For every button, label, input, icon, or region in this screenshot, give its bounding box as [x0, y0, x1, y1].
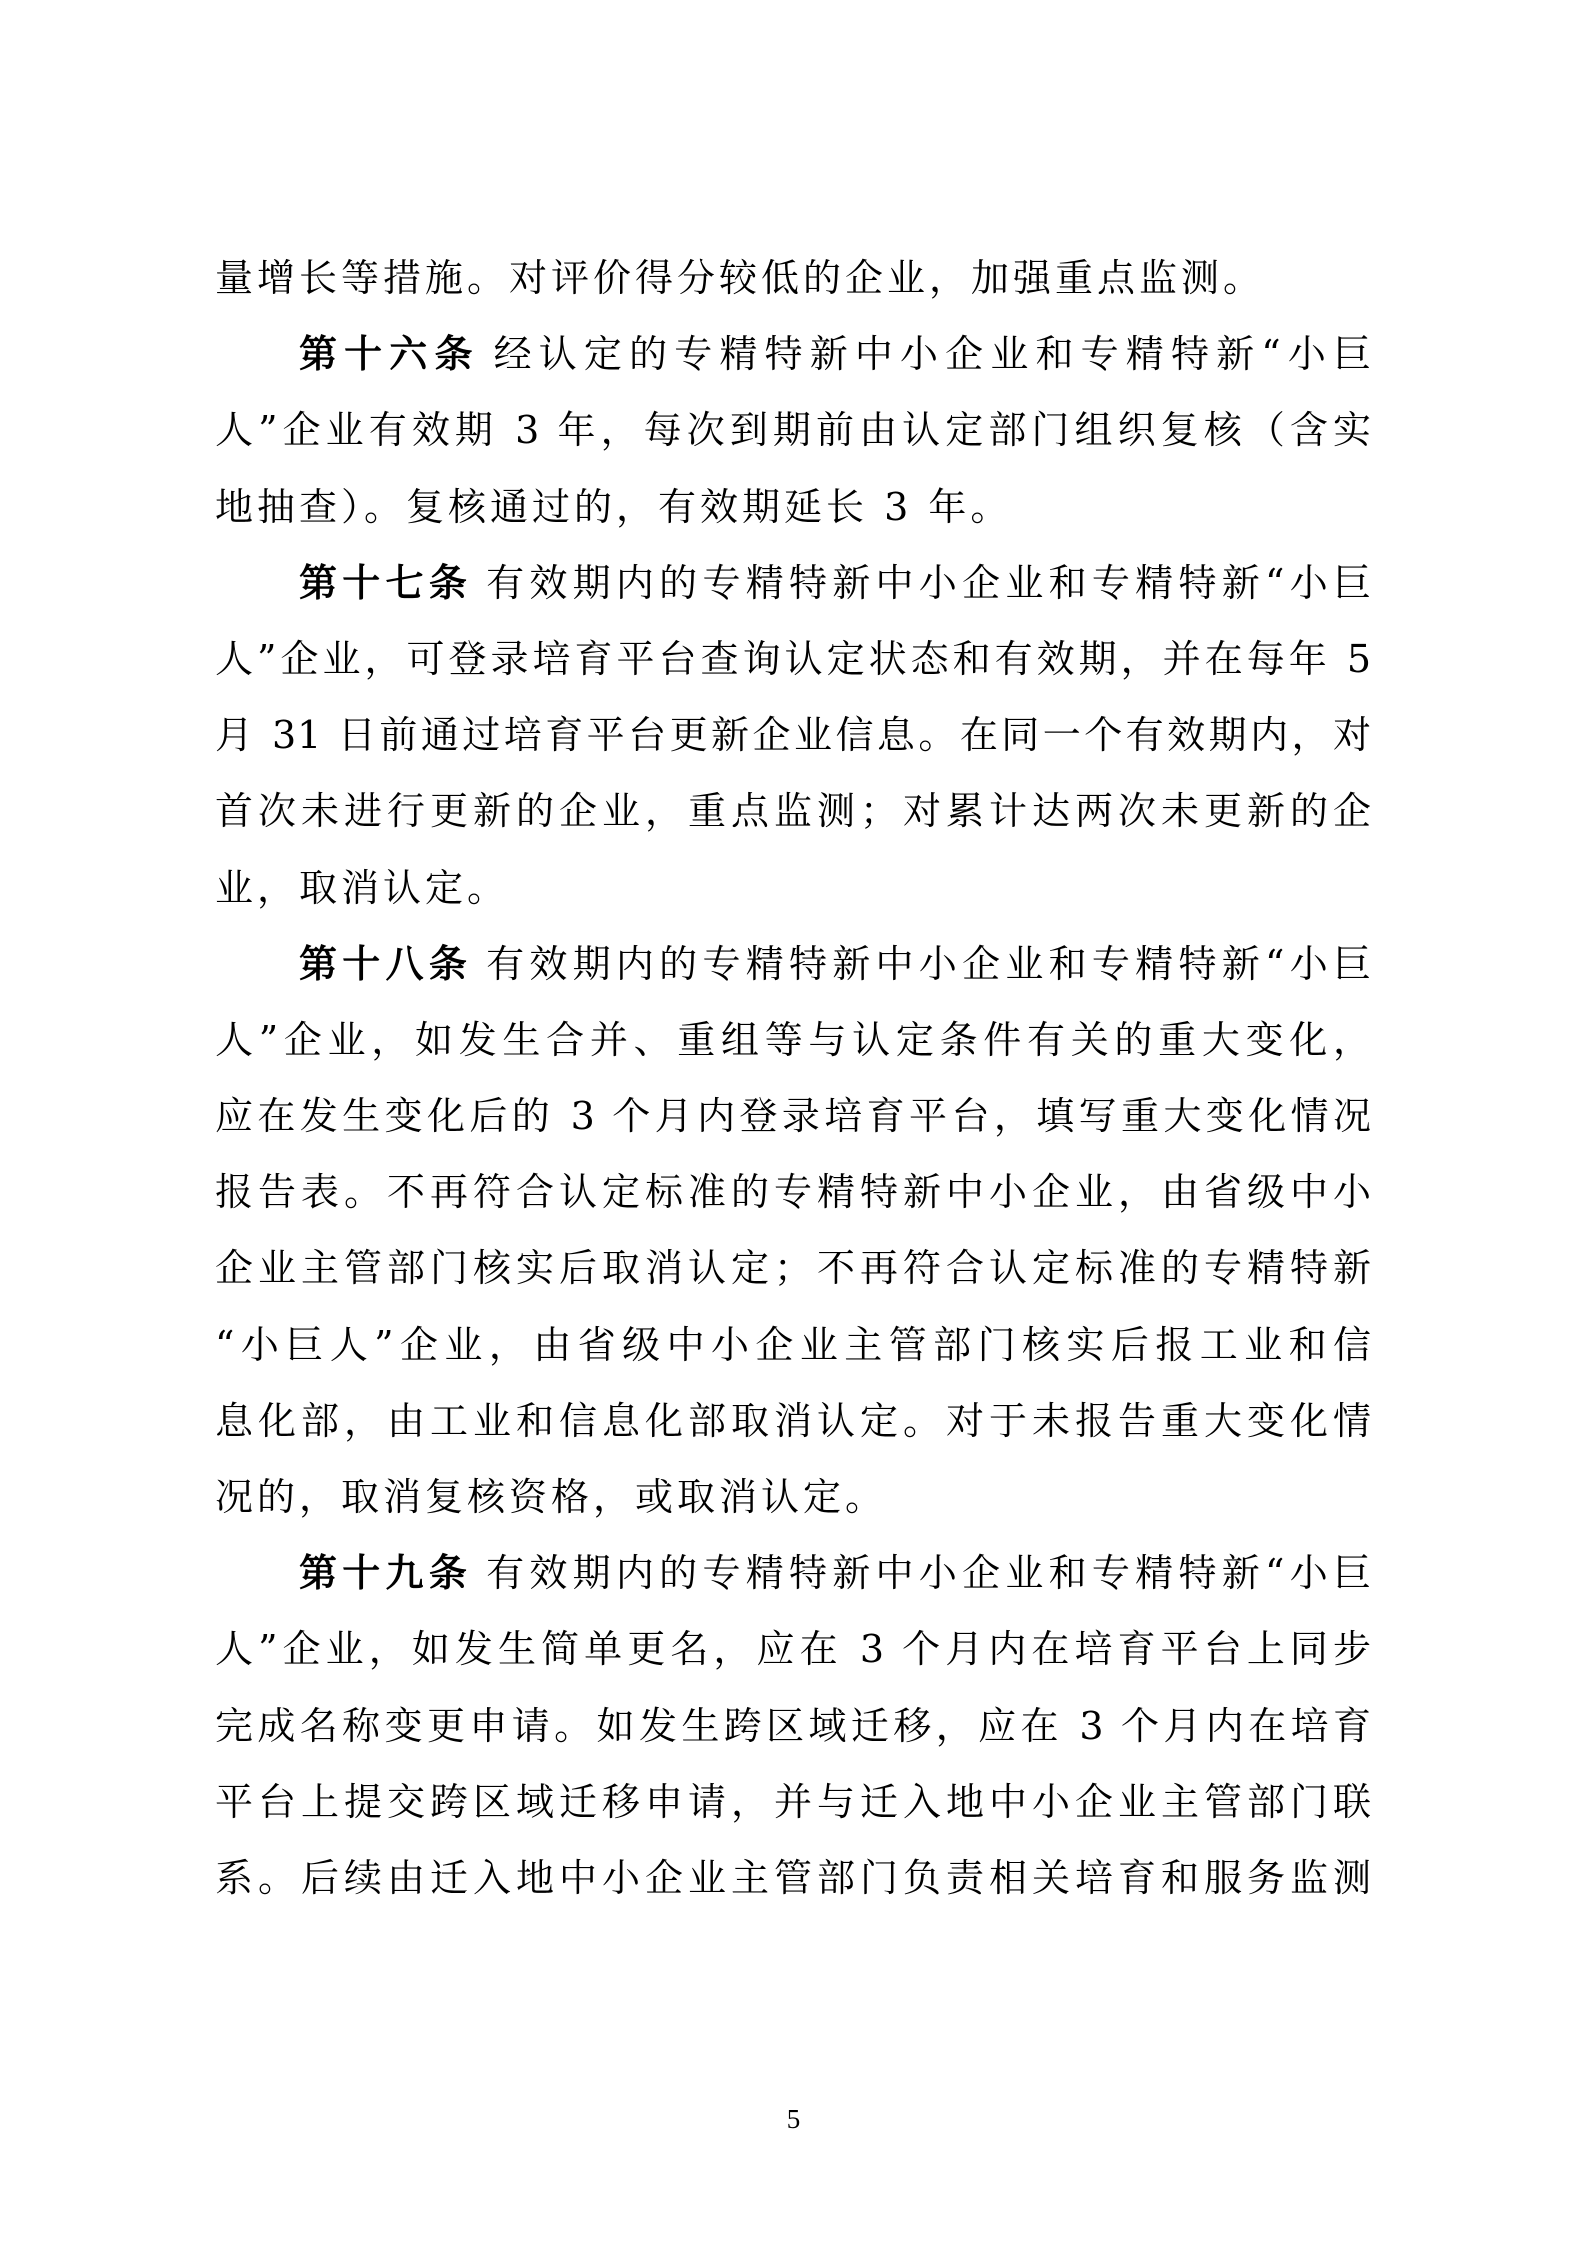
- article-number: 第十八条: [299, 942, 472, 986]
- line-text: 人”企业，可登录培育平台查询认定状态和有效期，并在每年 5: [215, 637, 1372, 681]
- paragraph-line: 企业主管部门核实后取消认定；不再符合认定标准的专精特新: [215, 1230, 1372, 1306]
- article-heading-line: 第十九条有效期内的专精特新中小企业和专精特新“小巨: [215, 1535, 1372, 1611]
- line-text: “小巨人”企业，由省级中小企业主管部门核实后报工业和信: [215, 1323, 1372, 1367]
- paragraph-line: 人”企业有效期 3 年，每次到期前由认定部门组织复核（含实: [215, 392, 1372, 468]
- paragraph-line: 地抽查）。复核通过的，有效期延长 3 年。: [215, 469, 1372, 545]
- line-text: 企业主管部门核实后取消认定；不再符合认定标准的专精特新: [215, 1246, 1372, 1290]
- article-number: 第十七条: [299, 561, 472, 605]
- article-heading-line: 第十七条有效期内的专精特新中小企业和专精特新“小巨: [215, 545, 1372, 621]
- page-number: 5: [0, 2104, 1587, 2135]
- line-text: 人”企业，如发生简单更名，应在 3 个月内在培育平台上同步: [215, 1627, 1372, 1671]
- paragraph-line: 况的，取消复核资格，或取消认定。: [215, 1459, 1372, 1535]
- line-text: 月 31 日前通过培育平台更新企业信息。在同一个有效期内，对: [215, 713, 1372, 757]
- paragraph-line: 首次未进行更新的企业，重点监测；对累计达两次未更新的企: [215, 773, 1372, 849]
- line-text: 系。后续由迁入地中小企业主管部门负责相关培育和服务监测: [215, 1856, 1372, 1900]
- line-text: 平台上提交跨区域迁移申请，并与迁入地中小企业主管部门联: [215, 1780, 1372, 1824]
- body-text: 量增长等措施。对评价得分较低的企业，加强重点监测。 第十六条经认定的专精特新中小…: [215, 240, 1372, 1916]
- line-text: 业，取消认定。: [215, 866, 509, 910]
- article-number: 第十六条: [299, 332, 480, 376]
- paragraph-line: 完成名称变更申请。如发生跨区域迁移，应在 3 个月内在培育: [215, 1688, 1372, 1764]
- paragraph-line: 量增长等措施。对评价得分较低的企业，加强重点监测。: [215, 240, 1372, 316]
- article-number: 第十九条: [299, 1551, 472, 1595]
- line-text: 有效期内的专精特新中小企业和专精特新“小巨: [486, 561, 1372, 605]
- paragraph-line: “小巨人”企业，由省级中小企业主管部门核实后报工业和信: [215, 1307, 1372, 1383]
- line-text: 息化部，由工业和信息化部取消认定。对于未报告重大变化情: [215, 1399, 1372, 1443]
- line-text: 应在发生变化后的 3 个月内登录培育平台，填写重大变化情况: [215, 1094, 1372, 1138]
- line-text: 人”企业，如发生合并、重组等与认定条件有关的重大变化，: [215, 1018, 1372, 1062]
- paragraph-line: 人”企业，如发生合并、重组等与认定条件有关的重大变化，: [215, 1002, 1372, 1078]
- paragraph-line: 应在发生变化后的 3 个月内登录培育平台，填写重大变化情况: [215, 1078, 1372, 1154]
- line-text: 有效期内的专精特新中小企业和专精特新“小巨: [486, 942, 1372, 986]
- line-text: 况的，取消复核资格，或取消认定。: [215, 1475, 887, 1519]
- article-heading-line: 第十八条有效期内的专精特新中小企业和专精特新“小巨: [215, 926, 1372, 1002]
- article-heading-line: 第十六条经认定的专精特新中小企业和专精特新“小巨: [215, 316, 1372, 392]
- line-text: 报告表。不再符合认定标准的专精特新中小企业，由省级中小: [215, 1170, 1372, 1214]
- line-text: 地抽查）。复核通过的，有效期延长 3 年。: [215, 485, 1012, 529]
- line-text: 完成名称变更申请。如发生跨区域迁移，应在 3 个月内在培育: [215, 1704, 1372, 1748]
- paragraph-line: 业，取消认定。: [215, 850, 1372, 926]
- line-text: 量增长等措施。对评价得分较低的企业，加强重点监测。: [215, 256, 1265, 300]
- paragraph-line: 系。后续由迁入地中小企业主管部门负责相关培育和服务监测: [215, 1840, 1372, 1916]
- paragraph-line: 人”企业，可登录培育平台查询认定状态和有效期，并在每年 5: [215, 621, 1372, 697]
- paragraph-line: 息化部，由工业和信息化部取消认定。对于未报告重大变化情: [215, 1383, 1372, 1459]
- paragraph-line: 平台上提交跨区域迁移申请，并与迁入地中小企业主管部门联: [215, 1764, 1372, 1840]
- paragraph-line: 月 31 日前通过培育平台更新企业信息。在同一个有效期内，对: [215, 697, 1372, 773]
- paragraph-line: 人”企业，如发生简单更名，应在 3 个月内在培育平台上同步: [215, 1611, 1372, 1687]
- document-page: 量增长等措施。对评价得分较低的企业，加强重点监测。 第十六条经认定的专精特新中小…: [0, 0, 1587, 2245]
- line-text: 有效期内的专精特新中小企业和专精特新“小巨: [486, 1551, 1372, 1595]
- paragraph-line: 报告表。不再符合认定标准的专精特新中小企业，由省级中小: [215, 1154, 1372, 1230]
- line-text: 经认定的专精特新中小企业和专精特新“小巨: [494, 332, 1372, 376]
- line-text: 人”企业有效期 3 年，每次到期前由认定部门组织复核（含实: [215, 408, 1372, 452]
- line-text: 首次未进行更新的企业，重点监测；对累计达两次未更新的企: [215, 789, 1372, 833]
